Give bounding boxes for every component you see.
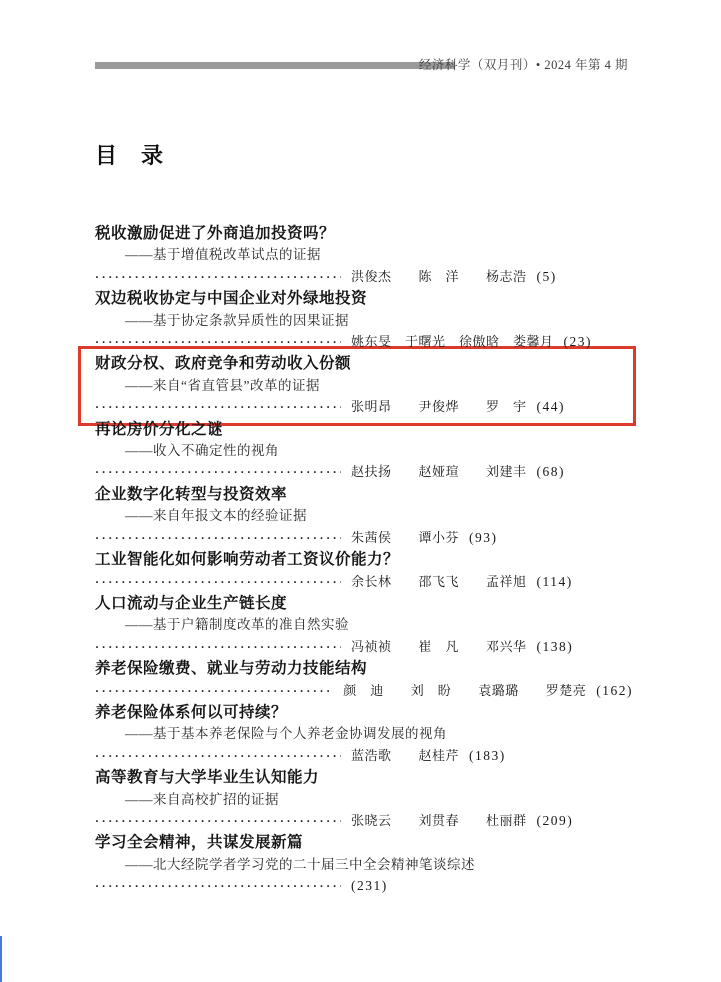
article-title: 工业智能化如何影响劳动者工资议价能力？ (95, 549, 633, 570)
article-entry: 双边税收协定与中国企业对外绿地投资 ——基于协定条款异质性的因果证据 ·····… (95, 288, 633, 353)
article-subtitle: ——来自高校扩招的证据 (95, 789, 633, 810)
article-subtitle: ——来自年报文本的经验证据 (95, 505, 633, 526)
article-subtitle: ——收入不确定性的视角 (95, 440, 633, 461)
article-title: 高等教育与大学毕业生认知能力 (95, 767, 633, 788)
article-title: 养老保险缴费、就业与劳动力技能结构 (95, 658, 633, 679)
leader-dots: ········································… (95, 267, 341, 288)
article-subtitle: ——基于增值税改革试点的证据 (95, 244, 633, 265)
leader-dots: ········································… (95, 637, 341, 658)
leader-dots: ········································… (95, 332, 341, 353)
article-authors: 朱茜侯 谭小芬 (351, 527, 459, 548)
article-entry: 高等教育与大学毕业生认知能力 ——来自高校扩招的证据 ·············… (95, 767, 633, 832)
leader-dots: ········································… (95, 462, 341, 483)
highlight-box: 财政分权、政府竞争和劳动收入份额 ——来自“省直管县”改革的证据 ·······… (78, 346, 636, 425)
leader-dots: ········································… (95, 397, 341, 418)
page-number: (68) (537, 461, 566, 482)
page-number: (183) (469, 745, 506, 766)
page-edge-mark (0, 936, 2, 982)
article-entry: 养老保险体系何以可持续？ ——基于基本养老保险与个人养老金协调发展的视角 ···… (95, 702, 633, 767)
page-number: (93) (469, 527, 498, 548)
article-title: 养老保险体系何以可持续？ (95, 702, 633, 723)
leader-dots: ········································… (95, 746, 341, 767)
article-entry: 学习全会精神，共谋发展新篇 ——北大经院学者学习党的二十届三中全会精神笔谈综述 … (95, 832, 633, 897)
article-subtitle: ——北大经院学者学习党的二十届三中全会精神笔谈综述 (95, 854, 633, 875)
leader-dots: ········································… (95, 681, 333, 702)
article-authors-row: ········································… (95, 461, 633, 483)
article-title: 学习全会精神，共谋发展新篇 (95, 832, 633, 853)
article-subtitle: ——基于基本养老保险与个人养老金协调发展的视角 (95, 723, 633, 744)
article-authors: 姚东旻 于曙光 徐傲晗 娄馨月 (351, 331, 554, 352)
article-entry: 税收激励促进了外商追加投资吗？ ——基于增值税改革试点的证据 ·········… (95, 223, 633, 288)
article-authors: 冯祯祯 崔 凡 邓兴华 (351, 636, 527, 657)
page-number: (209) (537, 810, 574, 831)
article-authors-row: ········································… (95, 266, 633, 288)
article-entry: 人口流动与企业生产链长度 ——基于户籍制度改革的准自然实验 ··········… (95, 593, 633, 658)
toc-title: 目 录 (95, 143, 633, 169)
article-authors-row: ········································… (95, 527, 633, 549)
page-number: (5) (537, 266, 557, 287)
article-authors-row: ········································… (95, 396, 633, 418)
article-authors-row: ········································… (95, 571, 633, 593)
article-authors: 赵扶扬 赵娅瑄 刘建丰 (351, 461, 527, 482)
page-number: (231) (351, 875, 388, 896)
article-authors: 洪俊杰 陈 洋 杨志浩 (351, 266, 527, 287)
article-title: 再论房价分化之谜 (95, 419, 633, 440)
article-authors-row: ········································… (95, 331, 633, 353)
toc-page: 目 录 税收激励促进了外商追加投资吗？ ——基于增值税改革试点的证据 ·····… (95, 0, 633, 898)
article-title: 人口流动与企业生产链长度 (95, 593, 633, 614)
leader-dots: ········································… (95, 528, 341, 549)
article-authors-row: ········································… (95, 680, 633, 702)
article-subtitle: ——来自“省直管县”改革的证据 (95, 375, 633, 396)
page-number: (23) (564, 331, 593, 352)
article-title: 企业数字化转型与投资效率 (95, 484, 633, 505)
article-authors-row: ········································… (95, 875, 633, 897)
article-authors: 张晓云 刘贯春 杜丽群 (351, 810, 527, 831)
article-authors: 蓝浩歌 赵桂芹 (351, 745, 459, 766)
page-number: (114) (537, 571, 573, 592)
article-authors-row: ········································… (95, 636, 633, 658)
page-number: (162) (596, 680, 633, 701)
article-subtitle: ——基于户籍制度改革的准自然实验 (95, 614, 633, 635)
page-number: (44) (537, 396, 566, 417)
article-entry: 养老保险缴费、就业与劳动力技能结构 ······················… (95, 658, 633, 702)
article-title: 财政分权、政府竞争和劳动收入份额 (95, 353, 633, 374)
article-title: 税收激励促进了外商追加投资吗？ (95, 223, 633, 244)
article-entry: 再论房价分化之谜 ——收入不确定性的视角 ···················… (95, 419, 633, 484)
article-entry: 工业智能化如何影响劳动者工资议价能力？ ····················… (95, 549, 633, 593)
article-title: 双边税收协定与中国企业对外绿地投资 (95, 288, 633, 309)
article-entry: 企业数字化转型与投资效率 ——来自年报文本的经验证据 ·············… (95, 484, 633, 549)
page-number: (138) (537, 636, 574, 657)
article-subtitle: ——基于协定条款异质性的因果证据 (95, 310, 633, 331)
leader-dots: ········································… (95, 572, 341, 593)
article-authors-row: ········································… (95, 810, 633, 832)
leader-dots: ········································… (95, 811, 341, 832)
article-authors-row: ········································… (95, 745, 633, 767)
article-authors: 余长林 邵飞飞 孟祥旭 (351, 571, 527, 592)
article-authors: 张明昂 尹俊烨 罗 宇 (351, 396, 527, 417)
leader-dots: ········································… (95, 876, 341, 897)
article-authors: 颜 迪 刘 盼 袁璐璐 罗楚亮 (343, 680, 586, 701)
